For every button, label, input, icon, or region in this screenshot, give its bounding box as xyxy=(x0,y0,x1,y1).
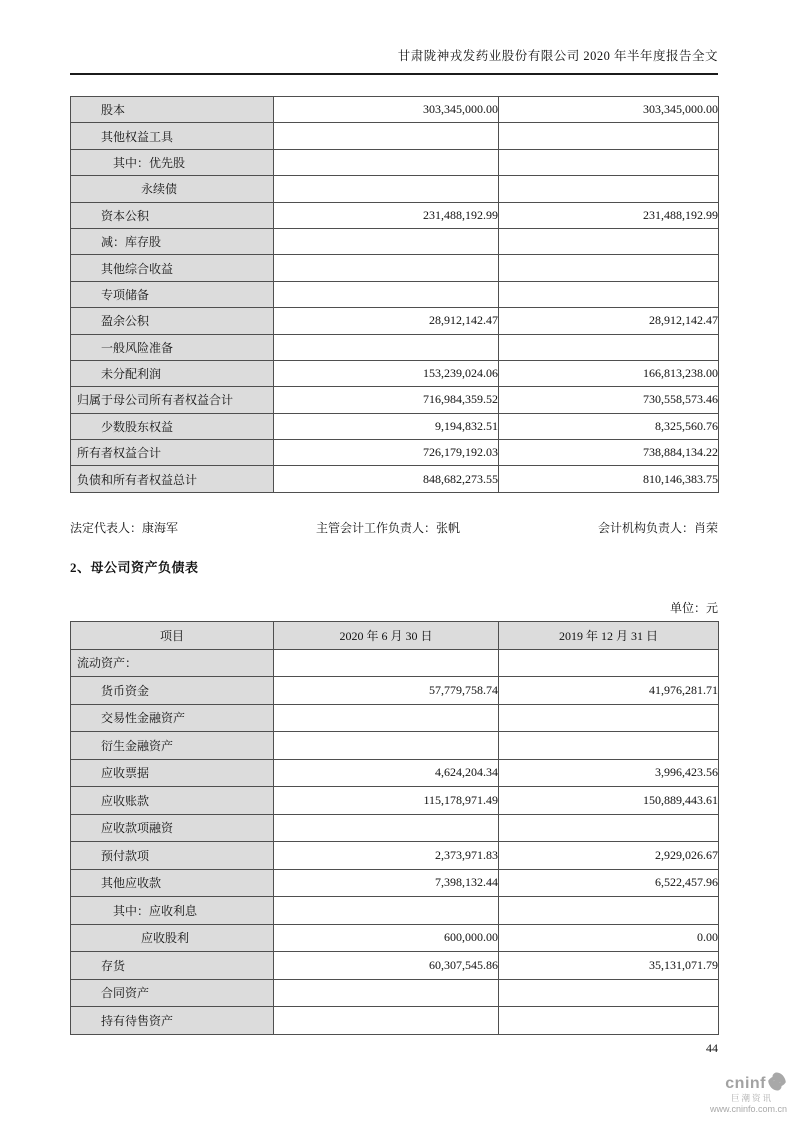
row-value-cell: 8,325,560.76 xyxy=(499,413,719,439)
table-row: 负债和所有者权益总计848,682,273.55810,146,383.75 xyxy=(71,466,719,492)
parent-balance-sheet-head: 项目2020 年 6 月 30 日2019 年 12 月 31 日 xyxy=(71,622,719,650)
row-value-cell: 738,884,134.22 xyxy=(499,440,719,466)
cninfo-cn-name: 巨潮资讯 xyxy=(667,1094,787,1103)
row-label-cell: 所有者权益合计 xyxy=(71,440,274,466)
row-value-cell: 730,558,573.46 xyxy=(499,387,719,413)
row-label-cell: 专项储备 xyxy=(71,281,274,307)
column-header-cell: 项目 xyxy=(71,622,274,650)
row-value-cell: 166,813,238.00 xyxy=(499,360,719,386)
table-row: 应收票据4,624,204.343,996,423.56 xyxy=(71,759,719,787)
row-value-cell xyxy=(499,281,719,307)
table-row: 其中：优先股 xyxy=(71,149,719,175)
equity-table: 股本303,345,000.00303,345,000.00其他权益工具其中：优… xyxy=(70,96,719,493)
table-row: 预付款项2,373,971.832,929,026.67 xyxy=(71,842,719,870)
row-value-cell: 35,131,071.79 xyxy=(499,952,719,980)
row-value-cell xyxy=(274,255,499,281)
row-value-cell xyxy=(499,732,719,760)
parent-balance-sheet-table: 项目2020 年 6 月 30 日2019 年 12 月 31 日 流动资产：货… xyxy=(70,621,719,1035)
table-row: 衍生金融资产 xyxy=(71,732,719,760)
row-value-cell xyxy=(499,814,719,842)
row-value-cell: 3,996,423.56 xyxy=(499,759,719,787)
running-header: 甘肃陇神戎发药业股份有限公司 2020 年半年度报告全文 xyxy=(70,46,718,75)
row-label-cell: 其中：优先股 xyxy=(71,149,274,175)
row-value-cell xyxy=(274,649,499,677)
row-label-cell: 其他综合收益 xyxy=(71,255,274,281)
chief-accountant: 主管会计工作负责人：张帆 xyxy=(316,519,460,536)
row-value-cell: 726,179,192.03 xyxy=(274,440,499,466)
row-label-cell: 应收款项融资 xyxy=(71,814,274,842)
table-header-row: 项目2020 年 6 月 30 日2019 年 12 月 31 日 xyxy=(71,622,719,650)
row-value-cell: 2,373,971.83 xyxy=(274,842,499,870)
row-value-cell: 153,239,024.06 xyxy=(274,360,499,386)
row-value-cell: 716,984,359.52 xyxy=(274,387,499,413)
table-row: 盈余公积28,912,142.4728,912,142.47 xyxy=(71,308,719,334)
row-value-cell xyxy=(274,123,499,149)
row-value-cell xyxy=(499,1007,719,1035)
cninfo-logo-word: cninf xyxy=(725,1075,766,1093)
row-value-cell: 303,345,000.00 xyxy=(274,97,499,123)
unit-label: 单位：元 xyxy=(70,599,718,616)
row-value-cell: 57,779,758.74 xyxy=(274,677,499,705)
row-value-cell xyxy=(274,149,499,175)
equity-table-body: 股本303,345,000.00303,345,000.00其他权益工具其中：优… xyxy=(71,97,719,493)
row-value-cell: 9,194,832.51 xyxy=(274,413,499,439)
row-label-cell: 负债和所有者权益总计 xyxy=(71,466,274,492)
row-value-cell xyxy=(499,123,719,149)
row-value-cell xyxy=(499,176,719,202)
row-value-cell xyxy=(274,814,499,842)
table-row: 合同资产 xyxy=(71,979,719,1007)
row-value-cell xyxy=(499,897,719,925)
row-label-cell: 持有待售资产 xyxy=(71,1007,274,1035)
row-value-cell xyxy=(274,979,499,1007)
column-header-cell: 2019 年 12 月 31 日 xyxy=(499,622,719,650)
row-label-cell: 其他应收款 xyxy=(71,869,274,897)
table-row: 其他应收款7,398,132.446,522,457.96 xyxy=(71,869,719,897)
table-row: 股本303,345,000.00303,345,000.00 xyxy=(71,97,719,123)
row-value-cell: 60,307,545.86 xyxy=(274,952,499,980)
row-value-cell xyxy=(274,704,499,732)
row-label-cell: 股本 xyxy=(71,97,274,123)
row-value-cell xyxy=(274,334,499,360)
row-value-cell xyxy=(499,149,719,175)
row-label-cell: 盈余公积 xyxy=(71,308,274,334)
row-label-cell: 应收股利 xyxy=(71,924,274,952)
row-value-cell xyxy=(274,732,499,760)
row-label-cell: 衍生金融资产 xyxy=(71,732,274,760)
row-label-cell: 永续债 xyxy=(71,176,274,202)
row-value-cell: 303,345,000.00 xyxy=(499,97,719,123)
row-label-cell: 一般风险准备 xyxy=(71,334,274,360)
row-value-cell: 2,929,026.67 xyxy=(499,842,719,870)
row-value-cell xyxy=(499,255,719,281)
row-value-cell: 810,146,383.75 xyxy=(499,466,719,492)
table-row: 应收股利600,000.000.00 xyxy=(71,924,719,952)
row-label-cell: 应收账款 xyxy=(71,787,274,815)
table-row: 存货60,307,545.8635,131,071.79 xyxy=(71,952,719,980)
row-value-cell xyxy=(274,1007,499,1035)
row-value-cell xyxy=(499,228,719,254)
cninfo-url: www.cninfo.com.cn xyxy=(667,1105,787,1115)
table-row: 永续债 xyxy=(71,176,719,202)
table-row: 货币资金57,779,758.7441,976,281.71 xyxy=(71,677,719,705)
legal-representative: 法定代表人：康海军 xyxy=(70,519,178,536)
section-heading: 2、母公司资产负债表 xyxy=(70,557,718,576)
row-label-cell: 资本公积 xyxy=(71,202,274,228)
row-label-cell: 合同资产 xyxy=(71,979,274,1007)
table-row: 其中：应收利息 xyxy=(71,897,719,925)
cninfo-logo: cninf 巨潮资讯 www.cninfo.com.cn xyxy=(667,1072,787,1115)
table-row: 少数股东权益9,194,832.518,325,560.76 xyxy=(71,413,719,439)
table-row: 其他权益工具 xyxy=(71,123,719,149)
table-row: 其他综合收益 xyxy=(71,255,719,281)
row-label-cell: 应收票据 xyxy=(71,759,274,787)
row-value-cell xyxy=(499,334,719,360)
row-value-cell xyxy=(274,228,499,254)
table-row: 持有待售资产 xyxy=(71,1007,719,1035)
row-label-cell: 其他权益工具 xyxy=(71,123,274,149)
table-row: 交易性金融资产 xyxy=(71,704,719,732)
table-row: 资本公积231,488,192.99231,488,192.99 xyxy=(71,202,719,228)
row-value-cell: 600,000.00 xyxy=(274,924,499,952)
row-value-cell: 231,488,192.99 xyxy=(274,202,499,228)
row-value-cell xyxy=(499,649,719,677)
row-value-cell: 4,624,204.34 xyxy=(274,759,499,787)
column-header-cell: 2020 年 6 月 30 日 xyxy=(274,622,499,650)
row-value-cell: 115,178,971.49 xyxy=(274,787,499,815)
table-row: 所有者权益合计726,179,192.03738,884,134.22 xyxy=(71,440,719,466)
row-value-cell: 848,682,273.55 xyxy=(274,466,499,492)
table-row: 减：库存股 xyxy=(71,228,719,254)
row-value-cell: 41,976,281.71 xyxy=(499,677,719,705)
row-value-cell: 7,398,132.44 xyxy=(274,869,499,897)
row-value-cell xyxy=(274,897,499,925)
table-row: 流动资产： xyxy=(71,649,719,677)
table-row: 未分配利润153,239,024.06166,813,238.00 xyxy=(71,360,719,386)
row-label-cell: 减：库存股 xyxy=(71,228,274,254)
signature-row: 法定代表人：康海军 主管会计工作负责人：张帆 会计机构负责人：肖荣 xyxy=(70,519,718,536)
row-label-cell: 预付款项 xyxy=(71,842,274,870)
row-label-cell: 少数股东权益 xyxy=(71,413,274,439)
accounting-head: 会计机构负责人：肖荣 xyxy=(598,519,718,536)
row-label-cell: 货币资金 xyxy=(71,677,274,705)
row-label-cell: 流动资产： xyxy=(71,649,274,677)
row-value-cell xyxy=(499,704,719,732)
row-label-cell: 其中：应收利息 xyxy=(71,897,274,925)
row-value-cell: 6,522,457.96 xyxy=(499,869,719,897)
row-value-cell: 28,912,142.47 xyxy=(274,308,499,334)
row-value-cell: 150,889,443.61 xyxy=(499,787,719,815)
parent-balance-sheet-body: 流动资产：货币资金57,779,758.7441,976,281.71交易性金融… xyxy=(71,649,719,1034)
row-value-cell xyxy=(274,176,499,202)
row-label-cell: 未分配利润 xyxy=(71,360,274,386)
table-row: 归属于母公司所有者权益合计716,984,359.52730,558,573.4… xyxy=(71,387,719,413)
row-value-cell: 0.00 xyxy=(499,924,719,952)
row-label-cell: 交易性金融资产 xyxy=(71,704,274,732)
row-value-cell: 231,488,192.99 xyxy=(499,202,719,228)
report-title: 甘肃陇神戎发药业股份有限公司 2020 年半年度报告全文 xyxy=(398,49,718,63)
table-row: 应收款项融资 xyxy=(71,814,719,842)
row-value-cell xyxy=(274,281,499,307)
row-value-cell: 28,912,142.47 xyxy=(499,308,719,334)
report-page: 甘肃陇神戎发药业股份有限公司 2020 年半年度报告全文 股本303,345,0… xyxy=(0,0,793,1122)
row-label-cell: 存货 xyxy=(71,952,274,980)
table-row: 应收账款115,178,971.49150,889,443.61 xyxy=(71,787,719,815)
page-number: 44 xyxy=(70,1041,718,1056)
table-row: 专项储备 xyxy=(71,281,719,307)
row-label-cell: 归属于母公司所有者权益合计 xyxy=(71,387,274,413)
table-row: 一般风险准备 xyxy=(71,334,719,360)
row-value-cell xyxy=(499,979,719,1007)
